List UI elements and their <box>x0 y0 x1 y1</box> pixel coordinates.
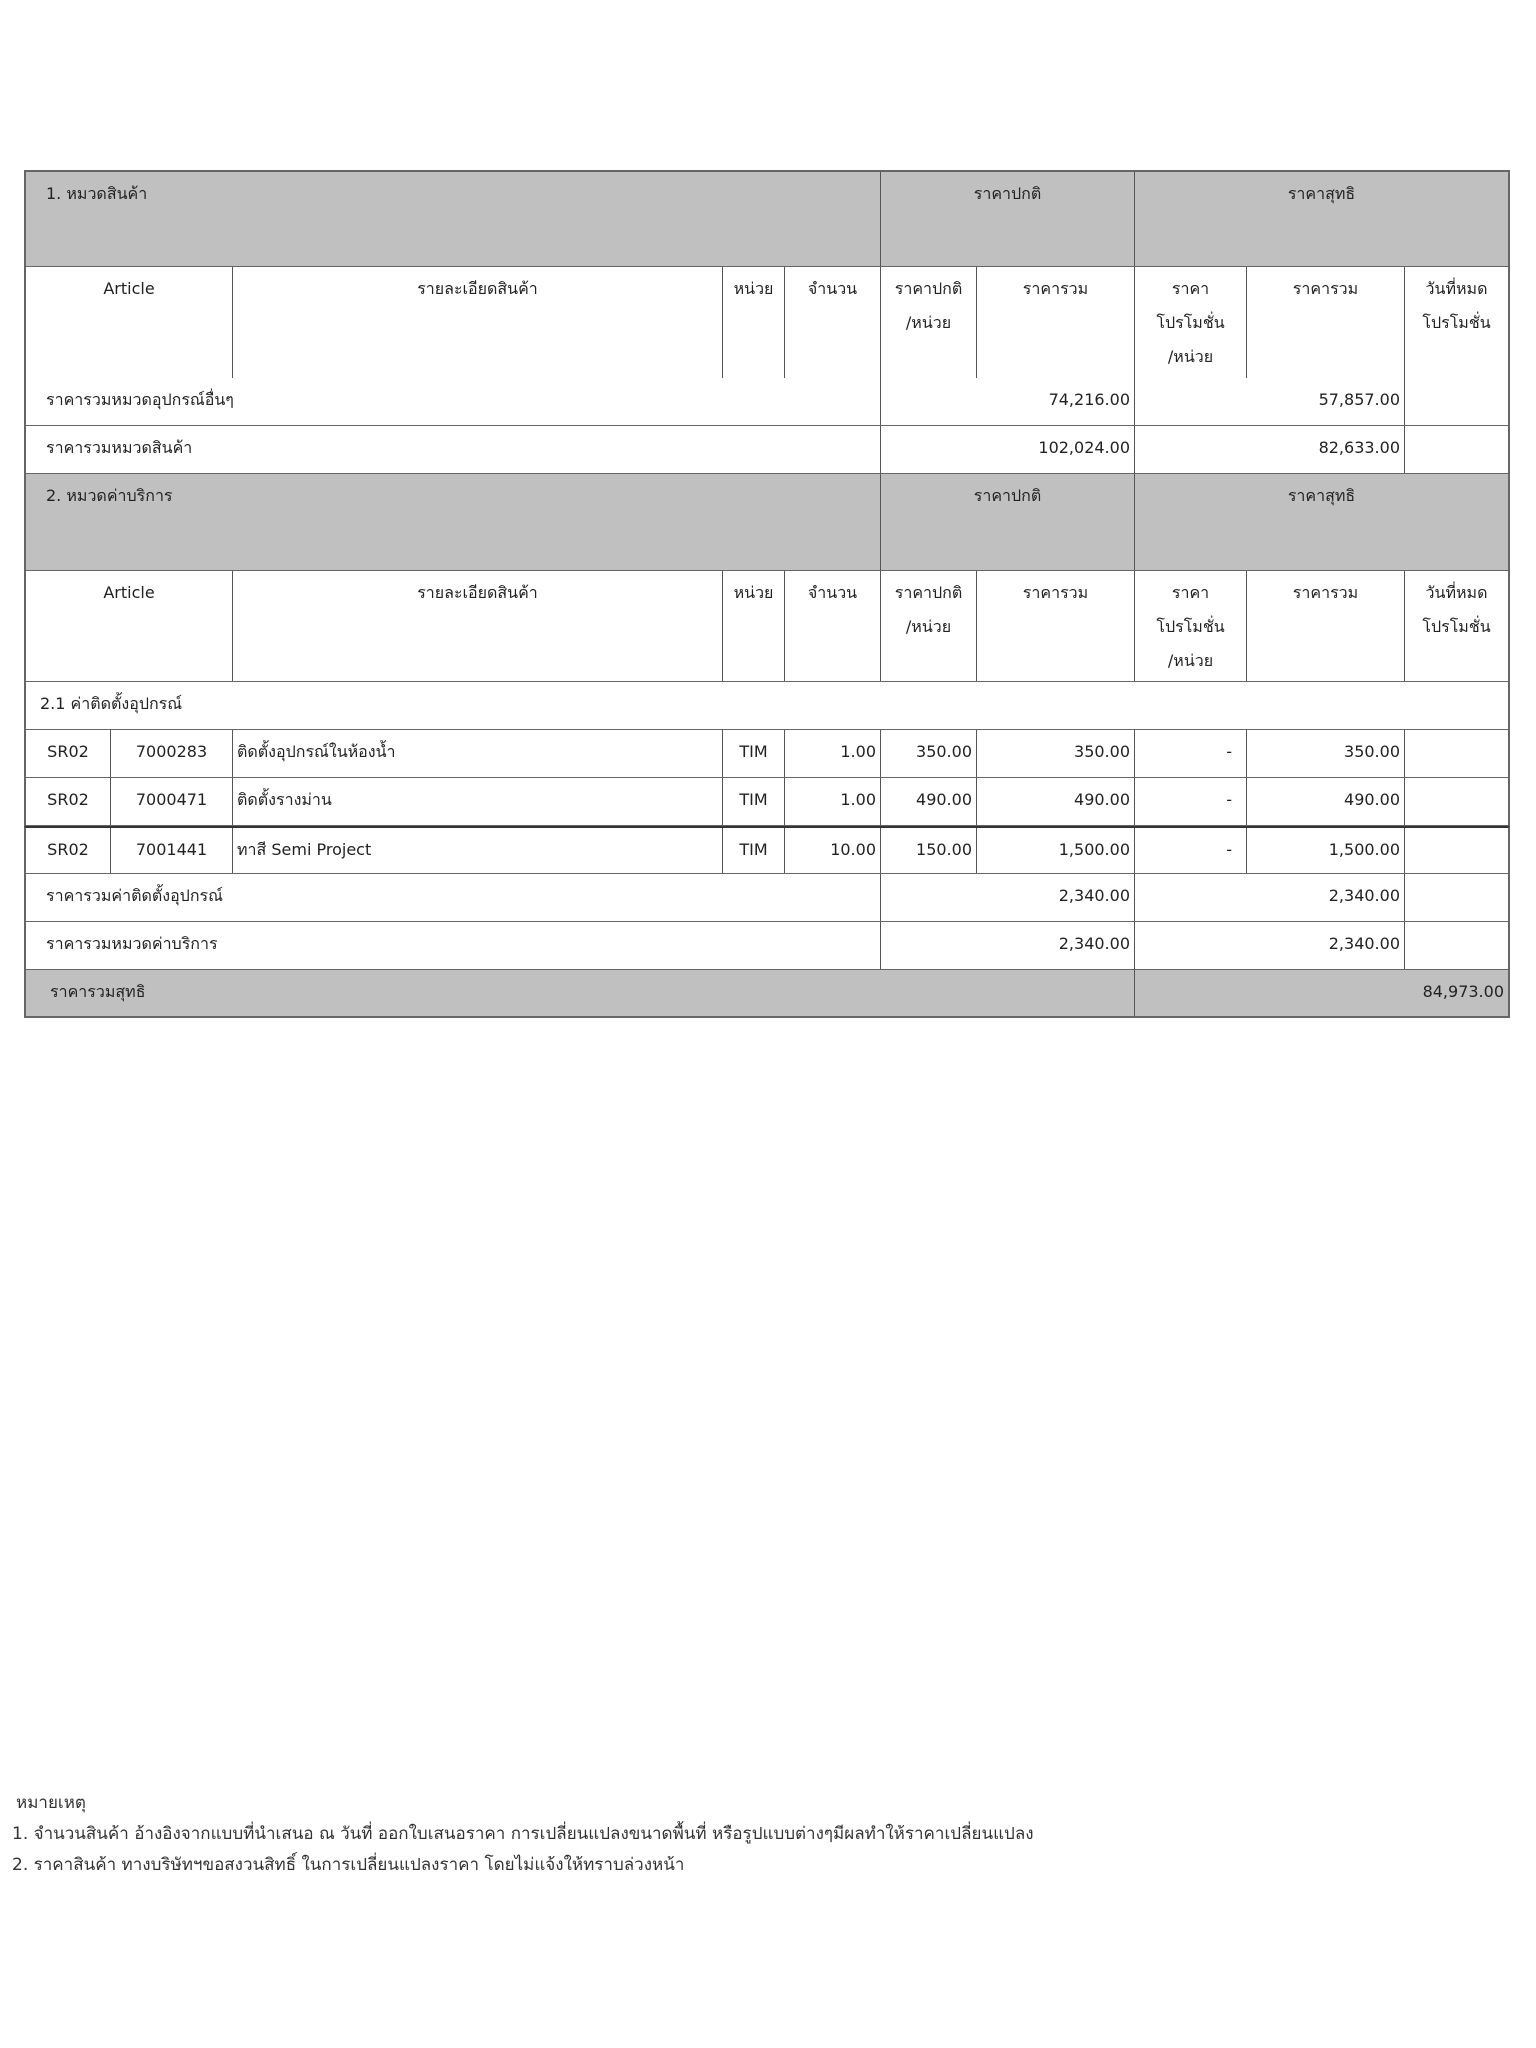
col-promo-end-date: วันที่หมด โปรโมชั่น <box>1404 571 1508 681</box>
col-unit: หน่วย <box>722 267 784 378</box>
item-row: SR027001441ทาสี Semi ProjectTIM10.00150.… <box>24 826 1510 874</box>
grand-total-label: ราคารวมสุทธิ <box>26 970 1134 1016</box>
category-total-label: ราคารวมหมวดค่าบริการ <box>26 922 880 969</box>
item-code: SR02 <box>26 778 110 825</box>
subtotal-label: ราคารวมหมวดอุปกรณ์อื่นๆ <box>26 378 880 425</box>
item-unit: TIM <box>722 778 784 825</box>
col-qty: จำนวน <box>784 267 880 378</box>
category-total-regular: 102,024.00 <box>880 426 1134 473</box>
subtotal-row: ราคารวมหมวดอุปกรณ์อื่นๆ 74,216.00 57,857… <box>24 378 1510 426</box>
item-unit: TIM <box>722 730 784 777</box>
item-promo-end <box>1404 730 1508 777</box>
grand-total-value: 84,973.00 <box>1134 970 1508 1016</box>
item-regular-total: 350.00 <box>976 730 1134 777</box>
col-regular-unit-price: ราคาปกติ /หน่วย <box>880 571 976 681</box>
item-promo-end <box>1404 828 1508 873</box>
item-description: ติดตั้งอุปกรณ์ในห้องน้ำ <box>232 730 722 777</box>
col-regular-total: ราคารวม <box>976 571 1134 681</box>
col-promo-unit-price: ราคา โปรโมชั่น /หน่วย <box>1134 571 1246 681</box>
item-regular-total: 1,500.00 <box>976 828 1134 873</box>
regular-price-group-header: ราคาปกติ <box>880 172 1134 266</box>
item-row: SR027000283ติดตั้งอุปกรณ์ในห้องน้ำTIM1.0… <box>24 730 1510 778</box>
col-promo-end-date: วันที่หมด โปรโมชั่น <box>1404 267 1508 378</box>
col-regular-total: ราคารวม <box>976 267 1134 378</box>
category-total-net: 82,633.00 <box>1134 426 1404 473</box>
item-regular-total: 490.00 <box>976 778 1134 825</box>
col-regular-unit-price: ราคาปกติ /หน่วย <box>880 267 976 378</box>
col-article: Article <box>26 571 232 681</box>
item-qty: 10.00 <box>784 828 880 873</box>
section-title: 1. หมวดสินค้า <box>26 172 880 266</box>
category-total-regular: 2,340.00 <box>880 922 1134 969</box>
note-item: 1. จำนวนสินค้า อ้างอิงจากแบบที่นำเสนอ ณ … <box>12 1819 1034 1850</box>
item-promo-price: - <box>1134 828 1246 873</box>
item-code: SR02 <box>26 730 110 777</box>
subgroup-title: 2.1 ค่าติดตั้งอุปกรณ์ <box>26 682 1508 729</box>
item-qty: 1.00 <box>784 730 880 777</box>
section-header: 2. หมวดค่าบริการ ราคาปกติ ราคาสุทธิ <box>24 474 1510 571</box>
item-article: 7001441 <box>110 828 232 873</box>
item-code: SR02 <box>26 828 110 873</box>
col-article: Article <box>26 267 232 378</box>
col-promo-unit-price: ราคา โปรโมชั่น /หน่วย <box>1134 267 1246 378</box>
col-net-total: ราคารวม <box>1246 267 1404 378</box>
subtotal-net: 2,340.00 <box>1134 874 1404 921</box>
item-promo-end <box>1404 778 1508 825</box>
category-total-net: 2,340.00 <box>1134 922 1404 969</box>
item-unit-price: 150.00 <box>880 828 976 873</box>
col-description: รายละเอียดสินค้า <box>232 571 722 681</box>
note-item: 2. ราคาสินค้า ทางบริษัทฯขอสงวนสิทธิ์ ในก… <box>12 1850 1034 1881</box>
subtotal-regular: 74,216.00 <box>880 378 1134 425</box>
subtotal-regular: 2,340.00 <box>880 874 1134 921</box>
item-net-total: 350.00 <box>1246 730 1404 777</box>
item-row: SR027000471ติดตั้งรางม่านTIM1.00490.0049… <box>24 778 1510 826</box>
regular-price-group-header: ราคาปกติ <box>880 474 1134 570</box>
grand-total-row: ราคารวมสุทธิ 84,973.00 <box>24 970 1510 1018</box>
section-title: 2. หมวดค่าบริการ <box>26 474 880 570</box>
category-total-label: ราคารวมหมวดสินค้า <box>26 426 880 473</box>
column-header-row: Article รายละเอียดสินค้า หน่วย จำนวน ราค… <box>24 267 1510 378</box>
item-promo-price: - <box>1134 730 1246 777</box>
item-net-total: 490.00 <box>1246 778 1404 825</box>
item-description: ทาสี Semi Project <box>232 828 722 873</box>
item-unit-price: 350.00 <box>880 730 976 777</box>
notes: หมายเหตุ 1. จำนวนสินค้า อ้างอิงจากแบบที่… <box>12 1788 1034 1881</box>
subgroup-row: 2.1 ค่าติดตั้งอุปกรณ์ <box>24 682 1510 730</box>
category-total-row: ราคารวมหมวดค่าบริการ 2,340.00 2,340.00 <box>24 922 1510 970</box>
item-description: ติดตั้งรางม่าน <box>232 778 722 825</box>
column-header-row: Article รายละเอียดสินค้า หน่วย จำนวน ราค… <box>24 571 1510 682</box>
subtotal-row: ราคารวมค่าติดตั้งอุปกรณ์ 2,340.00 2,340.… <box>24 874 1510 922</box>
item-qty: 1.00 <box>784 778 880 825</box>
item-unit-price: 490.00 <box>880 778 976 825</box>
item-net-total: 1,500.00 <box>1246 828 1404 873</box>
item-promo-price: - <box>1134 778 1246 825</box>
net-price-group-header: ราคาสุทธิ <box>1134 172 1508 266</box>
notes-title: หมายเหตุ <box>12 1788 1034 1819</box>
section-header: 1. หมวดสินค้า ราคาปกติ ราคาสุทธิ <box>24 170 1510 267</box>
quotation-table: 1. หมวดสินค้า ราคาปกติ ราคาสุทธิ Article… <box>24 170 1510 1018</box>
category-total-row: ราคารวมหมวดสินค้า 102,024.00 82,633.00 <box>24 426 1510 474</box>
subtotal-label: ราคารวมค่าติดตั้งอุปกรณ์ <box>26 874 880 921</box>
col-qty: จำนวน <box>784 571 880 681</box>
col-description: รายละเอียดสินค้า <box>232 267 722 378</box>
net-price-group-header: ราคาสุทธิ <box>1134 474 1508 570</box>
col-unit: หน่วย <box>722 571 784 681</box>
item-article: 7000471 <box>110 778 232 825</box>
item-unit: TIM <box>722 828 784 873</box>
subtotal-net: 57,857.00 <box>1134 378 1404 425</box>
item-article: 7000283 <box>110 730 232 777</box>
col-net-total: ราคารวม <box>1246 571 1404 681</box>
